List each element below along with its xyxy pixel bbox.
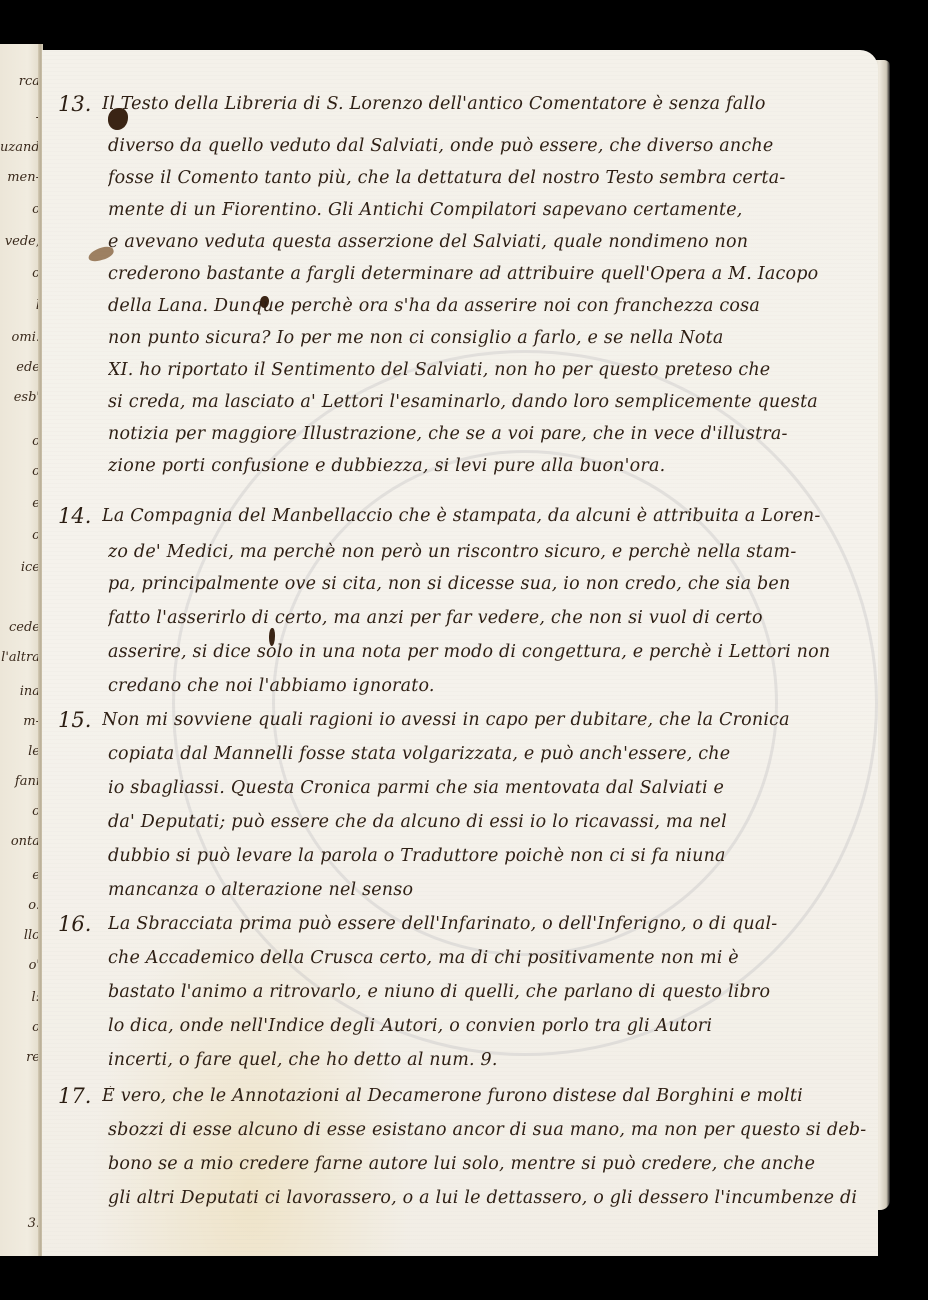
text-line: crederono bastante a fargli determinare … (108, 264, 878, 284)
text-line: fatto l'asserirlo di certo, ma anzi per … (108, 608, 878, 628)
margin-fragment: e (0, 496, 40, 511)
text-line: XI. ho riportato il Sentimento del Salvi… (108, 360, 878, 380)
text-line: che Accademico della Crusca certo, ma di… (108, 948, 878, 968)
text-line: diverso da quello veduto dal Salviati, o… (108, 136, 878, 156)
text-line: La Compagnia del Manbellaccio che è stam… (102, 506, 872, 526)
margin-fragment: 3. (0, 1216, 40, 1231)
text-line: si creda, ma lasciato a' Lettori l'esami… (108, 392, 878, 412)
text-line: mente di un Fiorentino. Gli Antichi Comp… (108, 200, 878, 220)
margin-fragment: fani (0, 774, 40, 789)
text-line: pa, principalmente ove si cita, non si d… (108, 574, 878, 594)
margin-fragment: rca (0, 74, 40, 89)
margin-fragment: esb' (0, 390, 40, 405)
margin-fragment: l'altra (0, 650, 40, 665)
margin-fragment: ice (0, 560, 40, 575)
margin-fragment: omi. (0, 330, 40, 345)
text-line: copiata dal Mannelli fosse stata volgari… (108, 744, 878, 764)
margin-fragment: o' (0, 958, 40, 973)
margin-fragment: m- (0, 714, 40, 729)
margin-fragment: o (0, 266, 40, 281)
margin-fragment: o (0, 1020, 40, 1035)
margin-fragment: o (0, 804, 40, 819)
margin-fragment: l: (0, 990, 40, 1005)
margin-fragment: ede (0, 360, 40, 375)
margin-fragment: re (0, 1050, 40, 1065)
margin-fragment: ina (0, 684, 40, 699)
text-line: zo de' Medici, ma perchè non però un ris… (108, 542, 878, 562)
text-line: zione porti confusione e dubbiezza, si l… (108, 456, 878, 476)
text-line: Non mi sovviene quali ragioni io avessi … (102, 710, 872, 730)
text-line: sbozzi di esse alcuno di esse esistano a… (108, 1120, 878, 1140)
margin-fragment: le (0, 744, 40, 759)
margin-fragment: onta (0, 834, 40, 849)
entry-number: 15. (58, 708, 91, 732)
text-line: lo dica, onde nell'Indice degli Autori, … (108, 1016, 878, 1036)
text-line: gli altri Deputati ci lavorassero, o a l… (108, 1188, 878, 1208)
margin-fragment: cede (0, 620, 40, 635)
margin-fragment: - (0, 110, 40, 125)
margin-fragment: o. (0, 898, 40, 913)
margin-fragment: o (0, 202, 40, 217)
margin-fragment: o (0, 464, 40, 479)
text-line: fosse il Comento tanto più, che la detta… (108, 168, 878, 188)
text-line: È vero, che le Annotazioni al Decamerone… (102, 1086, 872, 1106)
text-line: incerti, o fare quel, che ho detto al nu… (108, 1050, 878, 1070)
text-line: e avevano veduta questa asserzione del S… (108, 232, 878, 252)
text-line: La Sbracciata prima può essere dell'Infa… (108, 914, 878, 934)
text-line: da' Deputati; può essere che da alcuno d… (108, 812, 878, 832)
text-line: credano che noi l'abbiamo ignorato. (108, 676, 878, 696)
manuscript-page: 13. Il Testo della Libreria di S. Lorenz… (42, 50, 878, 1256)
margin-fragment: o (0, 528, 40, 543)
text-line: Il Testo della Libreria di S. Lorenzo de… (102, 94, 872, 114)
text-line: bono se a mio credere farne autore lui s… (108, 1154, 878, 1174)
margin-fragment: vede, (0, 234, 40, 249)
entry-number: 14. (58, 504, 91, 528)
text-line: asserire, si dice solo in una nota per m… (108, 642, 878, 662)
margin-fragment: llo (0, 928, 40, 943)
margin-fragment: e (0, 868, 40, 883)
entry-number: 17. (58, 1084, 91, 1108)
margin-fragment: l (0, 298, 40, 313)
text-line: io sbagliassi. Questa Cronica parmi che … (108, 778, 878, 798)
text-line: mancanza o alterazione nel senso (108, 880, 878, 900)
text-line: dubbio si può levare la parola o Tradutt… (108, 846, 878, 866)
text-line: non punto sicura? Io per me non ci consi… (108, 328, 878, 348)
text-line: della Lana. Dunque perchè ora s'ha da as… (108, 296, 878, 316)
entry-number: 13. (58, 92, 91, 116)
text-line: notizia per maggiore Illustrazione, che … (108, 424, 878, 444)
text-line: bastato l'animo a ritrovarlo, e niuno di… (108, 982, 878, 1002)
margin-fragment: o (0, 434, 40, 449)
margin-fragment: uzando (0, 140, 40, 155)
entry-number: 16. (58, 912, 91, 936)
margin-fragment: men- (0, 170, 40, 185)
previous-page-edge: rca - uzando men- o vede, o l omi. ede e… (0, 44, 40, 1256)
